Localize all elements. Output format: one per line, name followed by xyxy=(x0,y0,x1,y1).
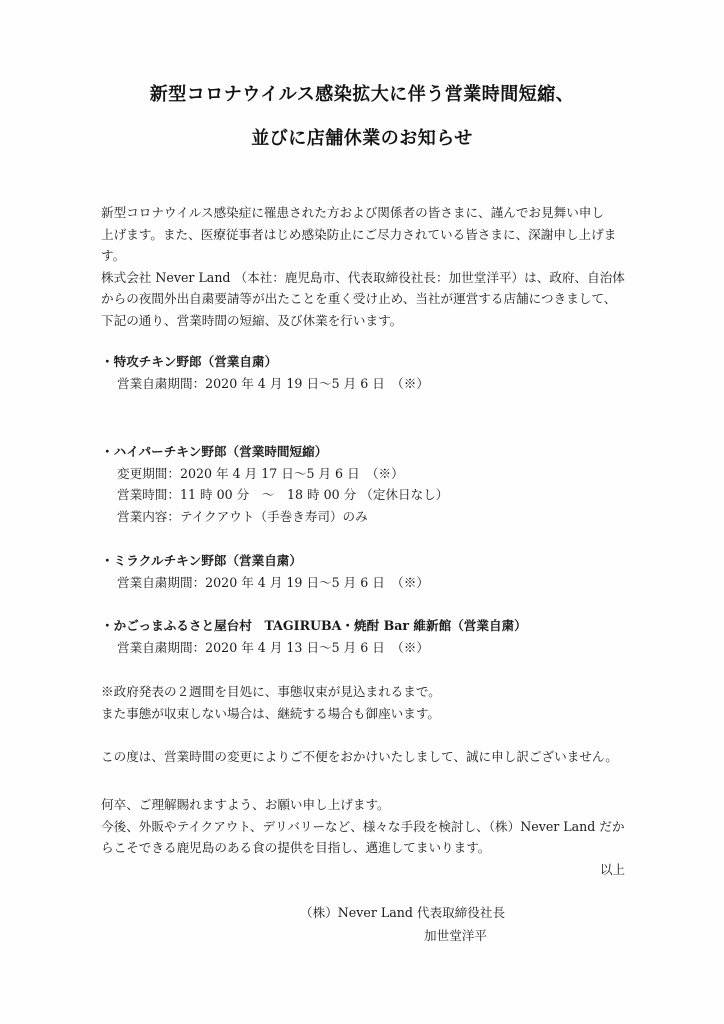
note-line: ※政府発表の２週間を目処に、事態収束が見込まれるまで。 xyxy=(101,681,625,703)
store-name: ・ミラクルチキン野郎（営業自粛） xyxy=(101,550,625,572)
store-yataimura: ・かごっまふるさと屋台村 TAGIRUBA・焼酎 Bar 維新館（営業自粛） 営… xyxy=(101,615,625,658)
intro-line: 上げます。また、医療従事者はじめ感染防止にご尽力されている皆さまに、深謝申し上げ… xyxy=(101,224,625,246)
store-detail: 変更期間：2020 年 4 月 17 日～5 月 6 日 （※） xyxy=(101,463,625,485)
store-hyper-chicken: ・ハイパーチキン野郎（営業時間短縮） 変更期間：2020 年 4 月 17 日～… xyxy=(101,441,625,527)
closing-line: 今後、外販やテイクアウト、デリバリーなど、様々な手段を検討し、（株）Never … xyxy=(101,816,625,838)
ijou-text: 以上 xyxy=(101,859,625,881)
store-detail: 営業自粛期間：2020 年 4 月 13 日～5 月 6 日 （※） xyxy=(101,637,625,659)
intro-line: す。 xyxy=(101,245,625,267)
intro-line: からの夜間外出自粛要請等が出たことを重く受け止め、当社が運営する店舗につきまして… xyxy=(101,288,625,310)
store-name: ・特攻チキン野郎（営業自粛） xyxy=(101,351,625,373)
intro-paragraph: 新型コロナウイルス感染症に罹患された方および関係者の皆さまに、謹んでお見舞い申し… xyxy=(101,202,625,331)
store-name: ・かごっまふるさと屋台村 TAGIRUBA・焼酎 Bar 維新館（営業自粛） xyxy=(101,615,625,637)
signature-company-title: （株）Never Land 代表取締役社長 xyxy=(300,902,505,924)
store-name: ・ハイパーチキン野郎（営業時間短縮） xyxy=(101,441,625,463)
document-page: 新型コロナウイルス感染拡大に伴う営業時間短縮、 並びに店舗休業のお知らせ 新型コ… xyxy=(0,0,724,1024)
store-detail: 営業時間：11 時 00 分 ～ 18 時 00 分 （定休日なし） xyxy=(101,484,625,506)
title-line-2: 並びに店舗休業のお知らせ xyxy=(0,124,724,150)
store-detail: 営業自粛期間：2020 年 4 月 19 日～5 月 6 日 （※） xyxy=(101,373,625,395)
closing-line: らこそできる鹿児島のある食の提供を目指し、邁進してまいります。 xyxy=(101,837,625,859)
intro-line: 新型コロナウイルス感染症に罹患された方および関係者の皆さまに、謹んでお見舞い申し xyxy=(101,202,625,224)
store-tokko-chicken: ・特攻チキン野郎（営業自粛） 営業自粛期間：2020 年 4 月 19 日～5 … xyxy=(101,351,625,394)
closing-line: 何卒、ご理解賜れますよう、お願い申し上げます。 xyxy=(101,794,625,816)
intro-line: 株式会社 Never Land （本社：鹿児島市、代表取締役社長：加世堂洋平）は… xyxy=(101,267,625,289)
intro-line: 下記の通り、営業時間の短縮、及び休業を行います。 xyxy=(101,310,625,332)
signature-name: 加世堂洋平 xyxy=(424,925,487,947)
notes: ※政府発表の２週間を目処に、事態収束が見込まれるまで。 また事態が収束しない場合… xyxy=(101,681,625,767)
closing-paragraph: 何卒、ご理解賜れますよう、お願い申し上げます。 今後、外販やテイクアウト、デリバ… xyxy=(101,794,625,880)
apology-line: この度は、営業時間の変更によりご不便をおかけいたしまして、誠に申し訳ございません… xyxy=(101,746,625,768)
store-miracle-chicken: ・ミラクルチキン野郎（営業自粛） 営業自粛期間：2020 年 4 月 19 日～… xyxy=(101,550,625,593)
store-detail: 営業内容：テイクアウト（手巻き寿司）のみ xyxy=(101,506,625,528)
store-detail: 営業自粛期間：2020 年 4 月 19 日～5 月 6 日 （※） xyxy=(101,572,625,594)
note-line: また事態が収束しない場合は、継続する場合も御座います。 xyxy=(101,703,625,725)
title-line-1: 新型コロナウイルス感染拡大に伴う営業時間短縮、 xyxy=(0,80,724,106)
